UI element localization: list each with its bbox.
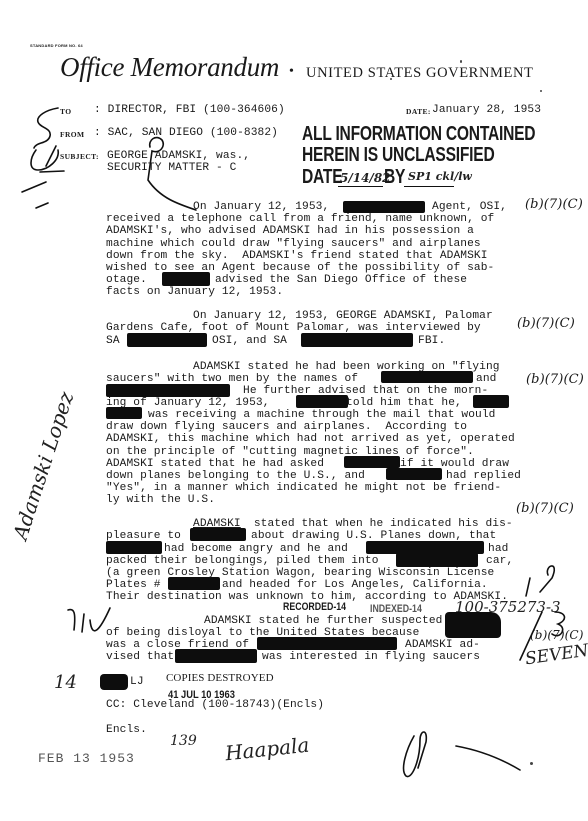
speck — [390, 78, 392, 80]
handwritten-marks — [0, 0, 588, 821]
speck — [530, 762, 533, 765]
speck — [540, 90, 542, 92]
speck — [460, 60, 462, 63]
